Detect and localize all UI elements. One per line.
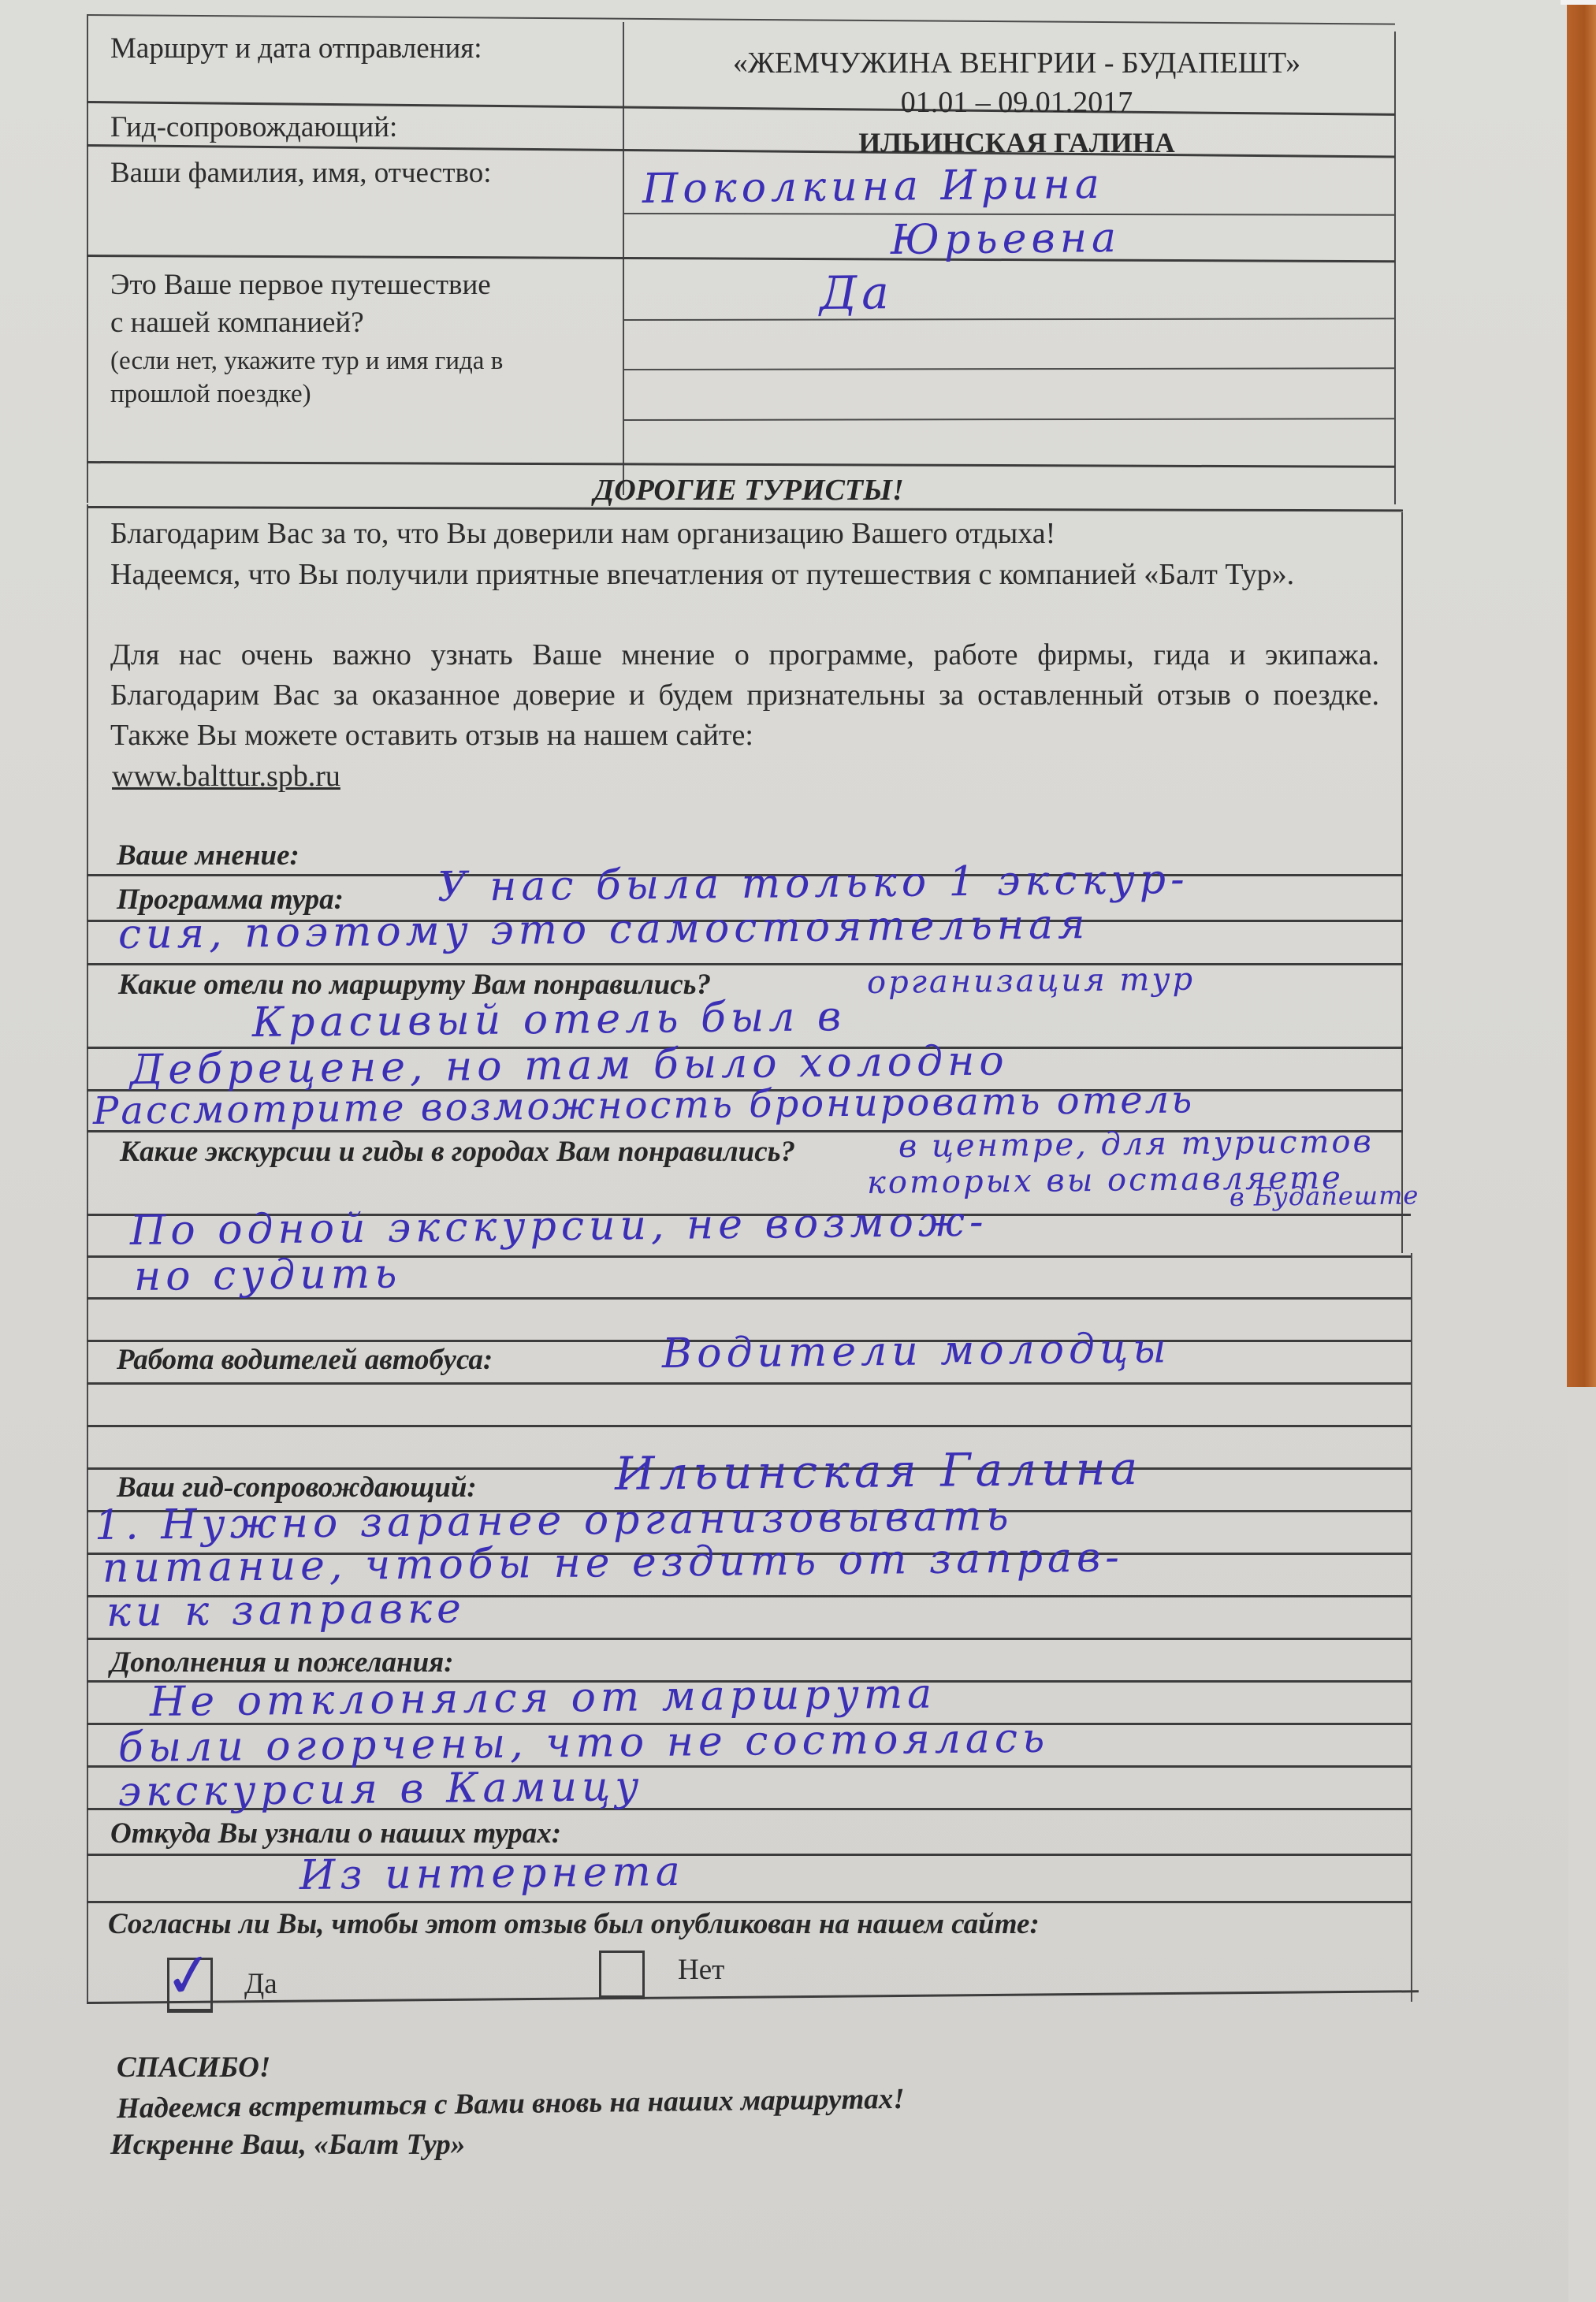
first-trip-hint: (если нет, укажите тур и имя гида в [110,347,503,376]
line [87,1425,1411,1427]
name-answer-line1[interactable]: Поколкина Ирина [642,161,1104,213]
publish-label: Согласны ли Вы, чтобы этот отзыв был опу… [108,1907,1040,1941]
route-label: Маршрут и дата отправления: [110,32,482,65]
intro-paragraph-3: Для нас очень важно узнать Ваше мнение о… [110,635,1379,756]
excursions-label: Какие экскурсии и гиды в городах Вам пон… [120,1135,795,1169]
form-right-border [1401,512,1403,1253]
wooden-table-edge [1567,0,1596,1387]
name-label: Ваши фамилия, имя, отчество: [110,156,492,190]
name-answer-line2[interactable]: Юрьевна [891,214,1122,264]
form-left-border [87,504,88,2002]
intro-paragraph-2: Надеемся, что Вы получили приятные впеча… [110,555,1379,595]
website-link[interactable]: www.balttur.spb.ru [112,757,340,797]
guide-label: Гид-сопровождающий: [110,110,397,144]
program-answer-line3[interactable]: организация тур [867,961,1196,1001]
table-right-border [1394,32,1396,504]
guide-answer-line1[interactable]: Ильинская Галина [615,1441,1143,1501]
route-value: «ЖЕМЧУЖИНА ВЕНГРИИ - БУДАПЕШТ» [670,46,1363,80]
publish-yes-label: Да [244,1967,277,2001]
guide-answer-line4[interactable]: ки к заправке [106,1585,466,1636]
wishes-label: Дополнения и пожелания: [110,1646,454,1679]
line [87,1854,1411,1856]
excursions-answer-line1[interactable]: По одной экскурсии, не возмож- [130,1199,988,1255]
opinion-title: Ваше мнение: [117,839,299,872]
publish-no-checkbox[interactable] [599,1951,645,1999]
background-corner [1561,0,1596,5]
wishes-answer-line3[interactable]: экскурсия в Камицу [118,1763,644,1816]
source-label: Откуда Вы узнали о наших турах: [110,1817,561,1850]
line [87,1901,1411,1903]
first-trip-answer[interactable]: Да [820,266,894,320]
line [87,1382,1411,1385]
closing-thanks: СПАСИБО! [117,2051,270,2084]
first-trip-label-2: с нашей компанией? [110,306,364,340]
closing-signature: Искренне Ваш, «Балт Тур» [110,2128,465,2162]
first-trip-label: Это Ваше первое путешествие [110,268,491,302]
intro-paragraph-1: Благодарим Вас за то, что Вы доверили на… [110,514,1379,554]
first-trip-hint-2: прошлой поездке) [110,380,311,409]
checkmark-icon: ✓ [159,1937,218,2014]
hotels-answer-line1[interactable]: Красивый отель был в [252,993,846,1047]
dates-value: 01.01 – 09.01.2017 [670,85,1363,120]
drivers-answer[interactable]: Водители молодцы [662,1325,1171,1378]
drivers-label: Работа водителей автобуса: [117,1343,493,1377]
line [87,963,1403,965]
line [87,1638,1411,1640]
excursions-answer-line2[interactable]: но судить [134,1250,402,1300]
intro-heading: ДОРОГИЕ ТУРИСТЫ! [0,473,1497,508]
publish-no-label: Нет [678,1953,724,1987]
guide-value: ИЛЬИНСКАЯ ГАЛИНА [670,126,1363,159]
form-right-border-lower [1411,1253,1412,2002]
hotels-answer-line6[interactable]: в Будапеште [1230,1180,1419,1212]
table-left-border [87,14,88,503]
hotels-answer-line4[interactable]: в центре, для туристов [898,1124,1374,1165]
source-answer[interactable]: Из интернета [299,1848,685,1899]
